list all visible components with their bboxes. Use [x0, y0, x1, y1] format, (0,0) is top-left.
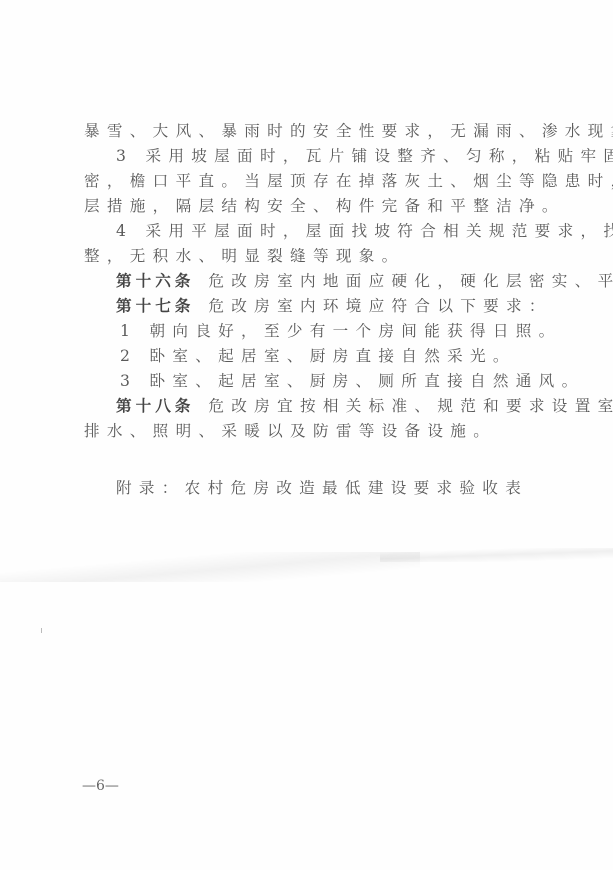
list-item: 1 朝向良好，至少有一个房间能获得日照。	[120, 321, 562, 341]
article-16: 第十六条危改房室内地面应硬化，硬化层密实、平整。	[116, 271, 613, 291]
appendix-note: 附录：农村危房改造最低建设要求验收表	[116, 478, 528, 498]
article-text: 危改房室内地面应硬化，硬化层密实、平整。	[208, 272, 613, 290]
article-text: 危改房宜按相关标准、规范和要求设置室内给水	[208, 397, 613, 415]
paragraph-line: 4 采用平屋面时，屋面找坡符合相关规范要求，找坡面层平	[116, 221, 613, 241]
paragraph-line: 整，无积水、明显裂缝等现象。	[84, 246, 405, 266]
page-number: —6—	[82, 778, 119, 794]
paragraph-line: 3 采用坡屋面时，瓦片铺设整齐、匀称，粘贴牢固，搭接严	[116, 146, 613, 166]
list-item: 2 卧室、起居室、厨房直接自然采光。	[120, 346, 516, 366]
list-item: 3 卧室、起居室、厨房、厕所直接自然通风。	[120, 371, 584, 391]
article-17: 第十七条危改房室内环境应符合以下要求：	[116, 296, 552, 316]
scan-speck	[41, 628, 42, 633]
article-title: 第十七条	[116, 296, 194, 315]
paragraph-line: 层措施，隔层结构安全、构件完备和平整洁净。	[84, 196, 565, 216]
paragraph-line: 暴雪、大风、暴雨时的安全性要求，无漏雨、渗水现象。	[84, 121, 613, 141]
article-title: 第十六条	[116, 271, 194, 290]
paragraph-line: 排水、照明、采暖以及防雷等设备设施。	[84, 421, 496, 441]
scan-smudge	[380, 548, 613, 562]
paragraph-line: 密，檐口平直。当屋顶存在掉落灰土、烟尘等隐患时，应采取隔	[84, 171, 613, 191]
scan-smudge	[0, 552, 420, 582]
article-text: 危改房室内环境应符合以下要求：	[208, 297, 551, 315]
document-page: 暴雪、大风、暴雨时的安全性要求，无漏雨、渗水现象。 3 采用坡屋面时，瓦片铺设整…	[0, 0, 613, 870]
article-18: 第十八条危改房宜按相关标准、规范和要求设置室内给水	[116, 396, 613, 416]
article-title: 第十八条	[116, 396, 194, 415]
